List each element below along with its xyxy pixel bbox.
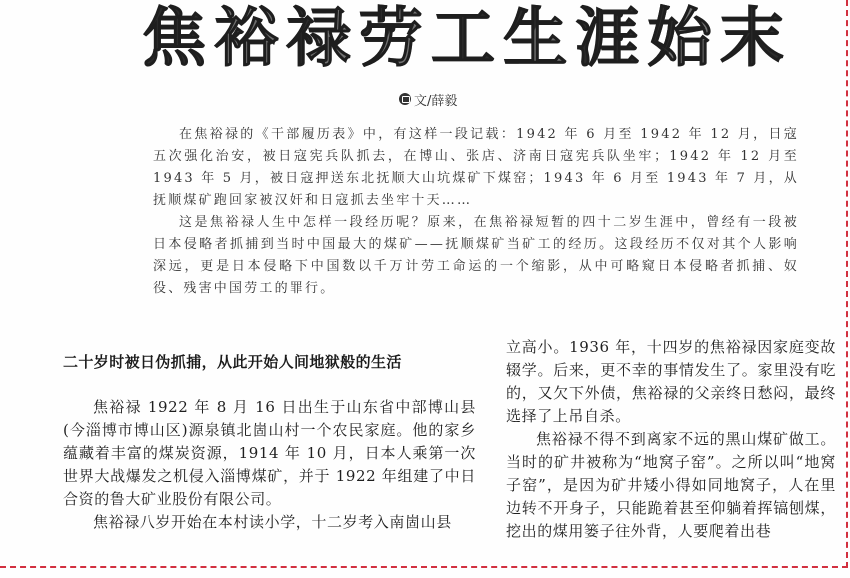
magazine-page: 焦 裕 禄 劳 工 生 涯 始 末 文/薛毅 在焦裕禄的《干部履历表》中，有这样… [0,0,850,578]
byline-author: 文/薛毅 [414,90,457,109]
body-paragraph: 焦裕禄八岁开始在本村读小学，十二岁考入南崮山县 [63,511,476,534]
body-paragraph-continuation: 立高小。1936 年，十四岁的焦裕禄因家庭变故辍学。后来，更不幸的事情发生了。家… [506,336,836,428]
body-paragraph: 焦裕禄 1922 年 8 月 16 日出生于山东省中部博山县(今淄博市博山区)源… [63,396,476,511]
title-char: 工 [427,4,499,74]
title-char: 禄 [283,4,355,74]
intro-paragraph: 在焦裕禄的《干部履历表》中，有这样一段记载：1942 年 6 月至 1942 年… [153,124,799,212]
intro-block: 在焦裕禄的《干部履历表》中，有这样一段记载：1942 年 6 月至 1942 年… [153,124,799,300]
left-column: 二十岁时被日伪抓捕，从此开始人间地狱般的生活 焦裕禄 1922 年 8 月 16… [63,352,476,534]
title-char: 裕 [210,4,282,74]
right-column: 立高小。1936 年，十四岁的焦裕禄因家庭变故辍学。后来，更不幸的事情发生了。家… [506,336,836,543]
article-title: 焦 裕 禄 劳 工 生 涯 始 末 [138,4,788,74]
title-char: 末 [716,4,788,74]
title-char: 焦 [138,4,210,74]
body-paragraph: 焦裕禄不得不到离家不远的黑山煤矿做工。当时的矿井被称为“地窝子窑”。之所以叫“地… [506,428,836,543]
book-circle-icon [399,93,411,105]
intro-paragraph: 这是焦裕禄人生中怎样一段经历呢？原来，在焦裕禄短暂的四十二岁生涯中，曾经有一段被… [153,212,799,300]
title-char: 涯 [572,4,644,74]
title-char: 始 [644,4,716,74]
dashed-border-right [846,0,848,568]
byline: 文/薛毅 [399,90,457,108]
section-heading: 二十岁时被日伪抓捕，从此开始人间地狱般的生活 [63,352,476,372]
title-char: 劳 [355,4,427,74]
dashed-border-bottom [0,566,848,568]
title-char: 生 [499,4,571,74]
